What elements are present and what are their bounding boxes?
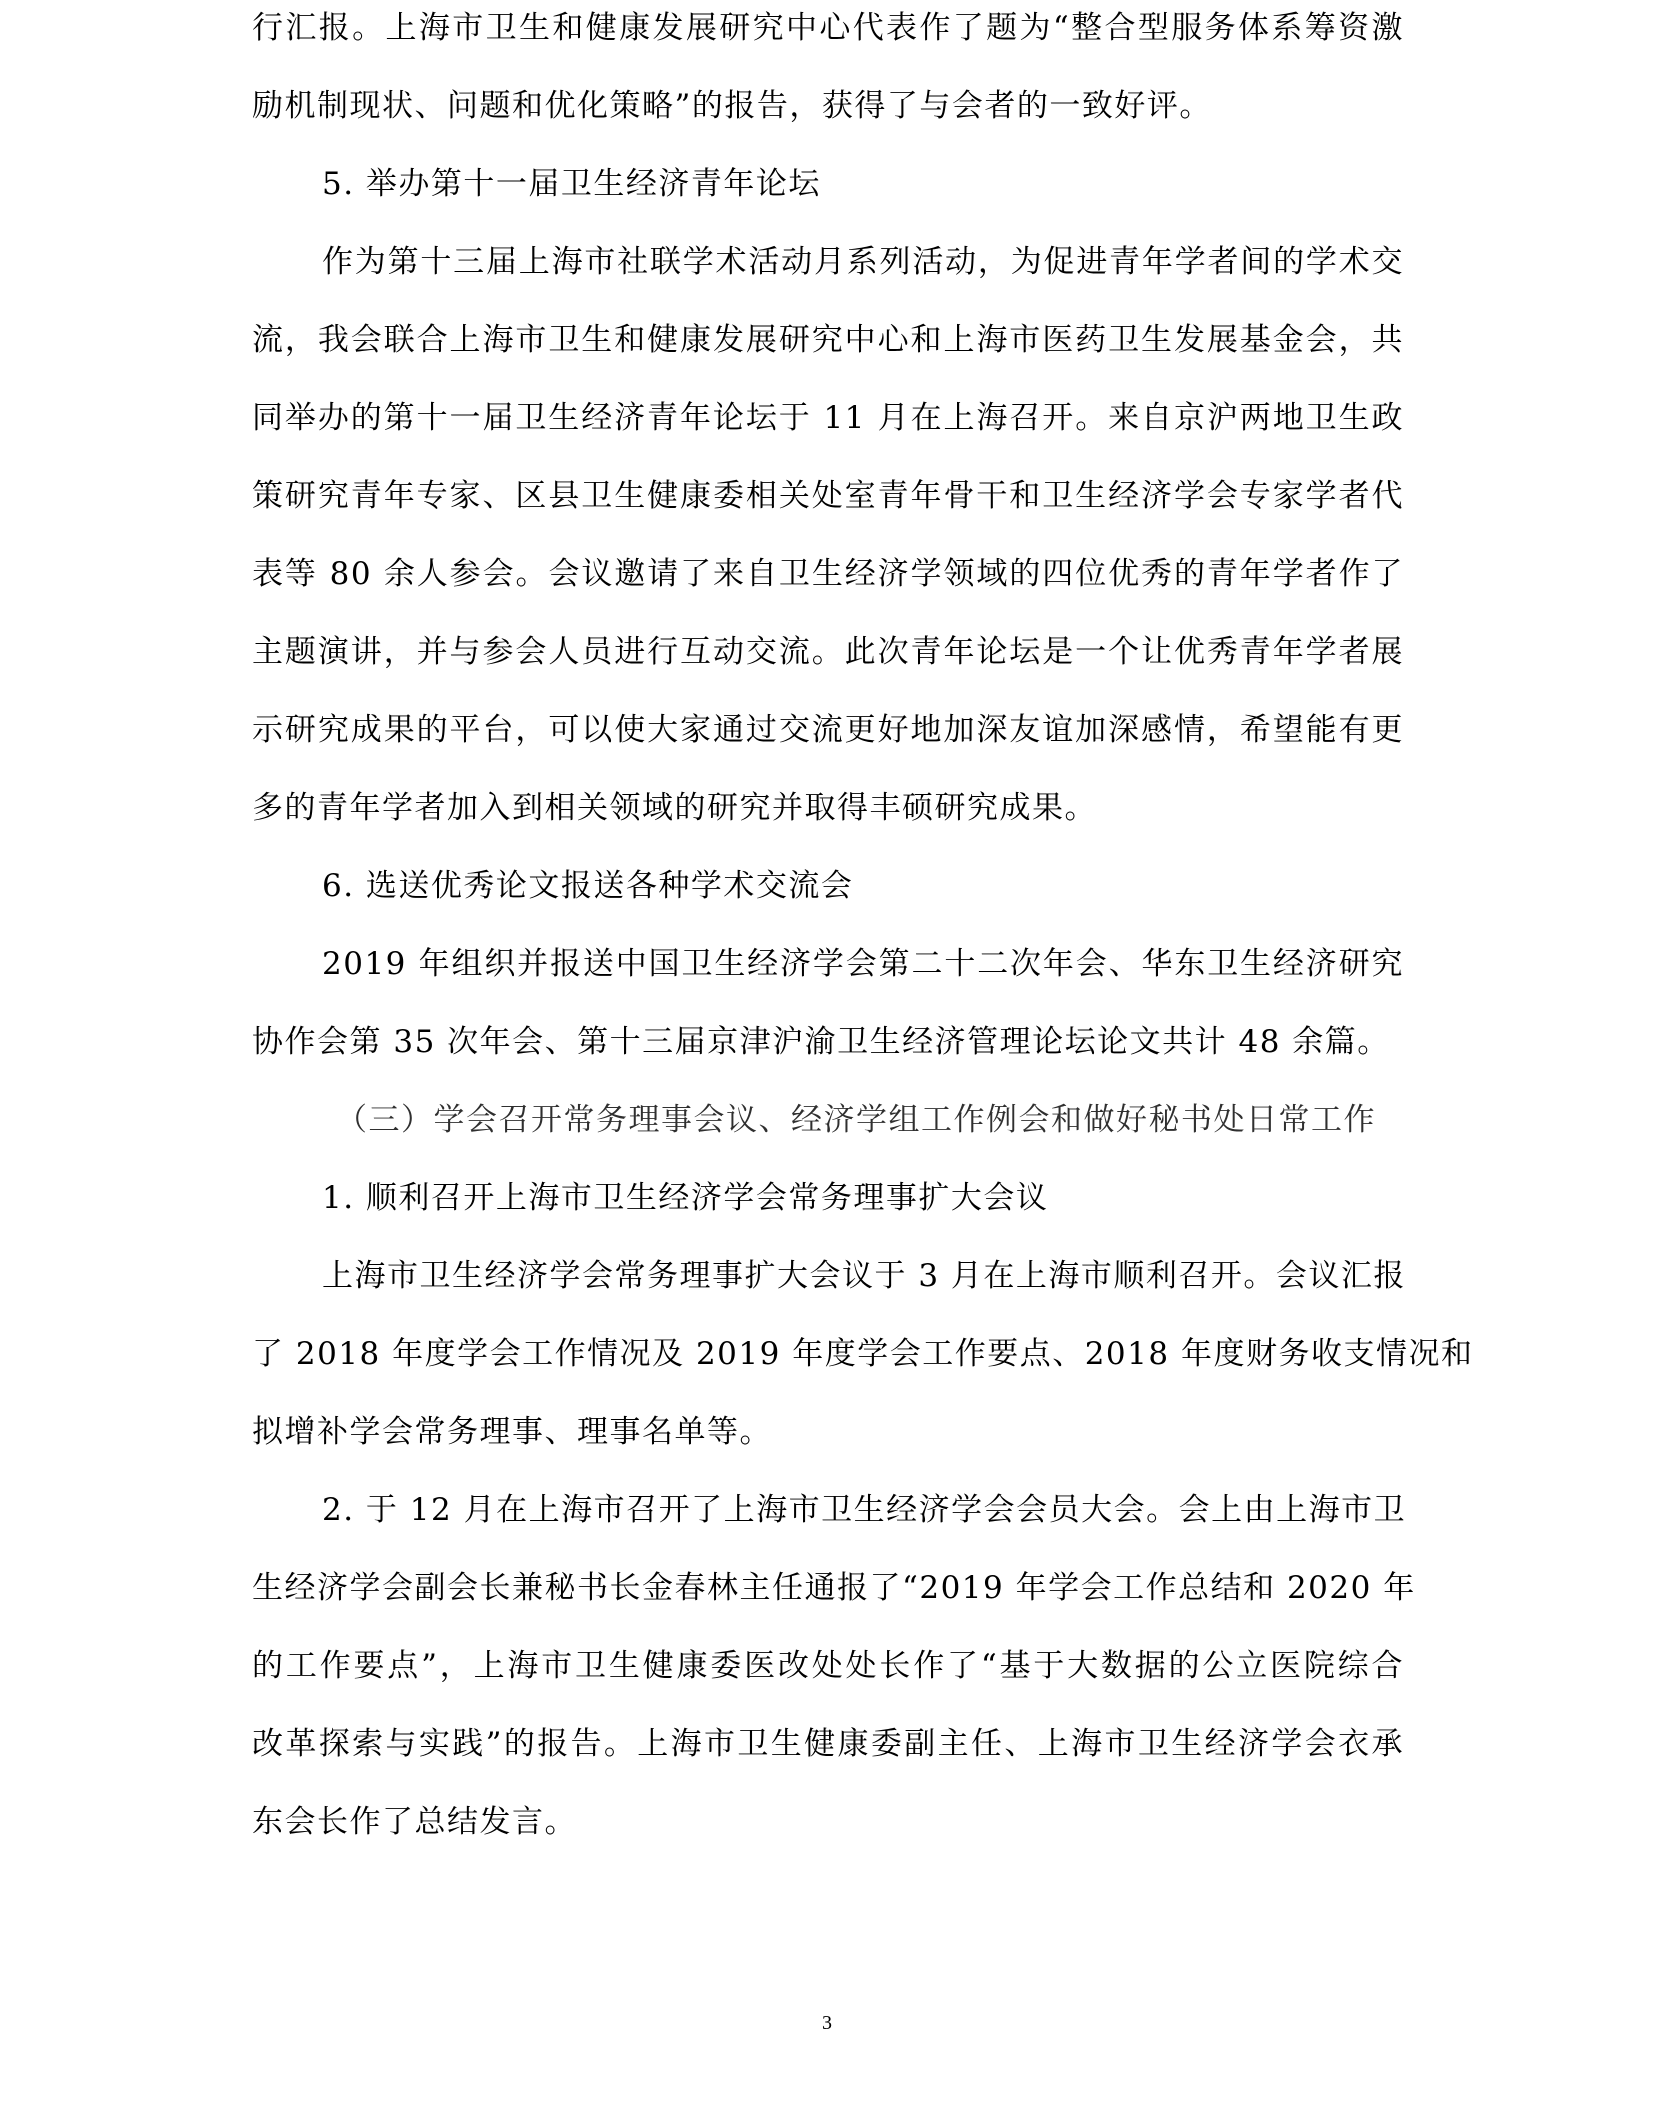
page-number: 3 [0,2012,1654,2035]
body-line: 改革探索与实践”的报告。上海市卫生健康委副主任、上海市卫生经济学会衣承 [252,1705,1404,1783]
body-line: 同举办的第十一届卫生经济青年论坛于 11 月在上海召开。来自京沪两地卫生政 [252,379,1404,457]
body-line: 拟增补学会常务理事、理事名单等。 [252,1393,1404,1471]
body-line: 上海市卫生经济学会常务理事扩大会议于 3 月在上海市顺利召开。会议汇报 [252,1237,1404,1315]
body-line: 示研究成果的平台，可以使大家通过交流更好地加深友谊加深感情，希望能有更 [252,691,1404,769]
body-line: 励机制现状、问题和优化策略”的报告，获得了与会者的一致好评。 [252,67,1404,145]
body-line: 的工作要点”，上海市卫生健康委医改处处长作了“基于大数据的公立医院综合 [252,1627,1404,1705]
body-line: 东会长作了总结发言。 [252,1783,1404,1861]
subheading-1: 1. 顺利召开上海市卫生经济学会常务理事扩大会议 [252,1159,1404,1237]
subheading-5: 5. 举办第十一届卫生经济青年论坛 [252,145,1404,223]
body-line: 协作会第 35 次年会、第十三届京津沪渝卫生经济管理论坛论文共计 48 余篇。 [252,1003,1404,1081]
document-body: 行汇报。上海市卫生和健康发展研究中心代表作了题为“整合型服务体系筹资激 励机制现… [252,0,1404,1861]
body-line: 生经济学会副会长兼秘书长金春林主任通报了“2019 年学会工作总结和 2020 … [252,1549,1404,1627]
section-heading-3: （三）学会召开常务理事会议、经济学组工作例会和做好秘书处日常工作 [252,1081,1404,1159]
document-page: 行汇报。上海市卫生和健康发展研究中心代表作了题为“整合型服务体系筹资激 励机制现… [0,0,1654,2117]
body-line: 2019 年组织并报送中国卫生经济学会第二十二次年会、华东卫生经济研究 [252,925,1404,1003]
body-line: 了 2018 年度学会工作情况及 2019 年度学会工作要点、2018 年度财务… [252,1315,1404,1393]
body-line: 表等 80 余人参会。会议邀请了来自卫生经济学领域的四位优秀的青年学者作了 [252,535,1404,613]
body-line: 多的青年学者加入到相关领域的研究并取得丰硕研究成果。 [252,769,1404,847]
body-line: 2. 于 12 月在上海市召开了上海市卫生经济学会会员大会。会上由上海市卫 [252,1471,1404,1549]
body-line: 行汇报。上海市卫生和健康发展研究中心代表作了题为“整合型服务体系筹资激 [252,0,1404,67]
body-line: 作为第十三届上海市社联学术活动月系列活动，为促进青年学者间的学术交 [252,223,1404,301]
body-line: 主题演讲，并与参会人员进行互动交流。此次青年论坛是一个让优秀青年学者展 [252,613,1404,691]
subheading-6: 6. 选送优秀论文报送各种学术交流会 [252,847,1404,925]
body-line: 流，我会联合上海市卫生和健康发展研究中心和上海市医药卫生发展基金会，共 [252,301,1404,379]
body-line: 策研究青年专家、区县卫生健康委相关处室青年骨干和卫生经济学会专家学者代 [252,457,1404,535]
